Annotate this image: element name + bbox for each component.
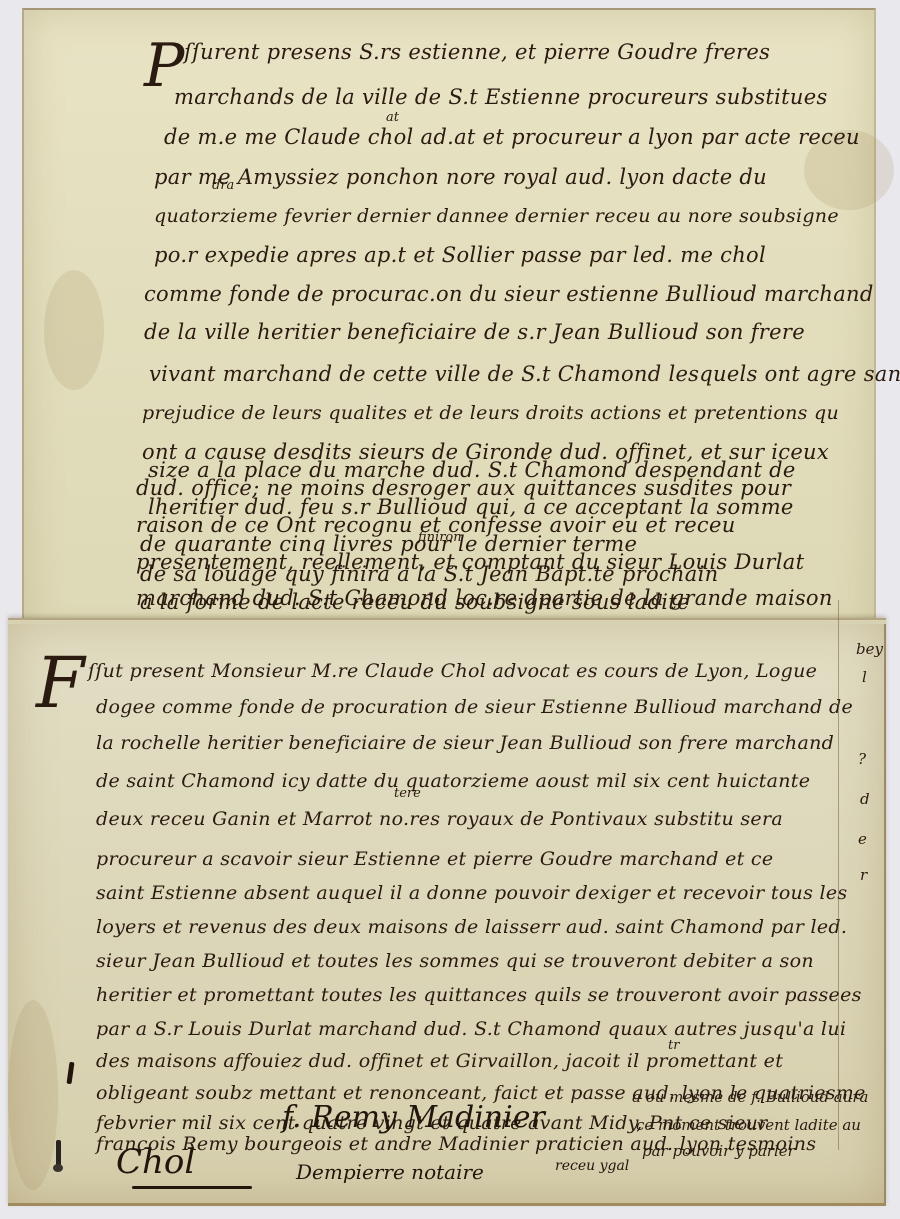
signature-remy-madinier: f. Remy Madinier [282,1100,545,1135]
manuscript-line: po.r expedie apres ap.t et Sollier passe… [154,243,766,267]
manuscript-line: de sa louage quy finira a la S.t Jean Ba… [140,562,718,586]
signature-underline [132,1186,252,1189]
interlinear-insertion: finiron [418,530,462,545]
signature-chol: Chol [116,1142,195,1182]
margin-note-line: a ou mesme de f. Bullioud aura [632,1088,869,1106]
right-margin-fragment: ? [858,750,866,768]
interlinear-superscript: tr [668,1038,679,1053]
paper-stain [44,270,104,390]
manuscript-line: lheritier dud. feu s.r Bullioud qui, a c… [148,495,794,519]
margin-note-line: par pouvoir y parler [642,1142,795,1160]
manuscript-line: par me Amyssiez ponchon nore royal aud. … [154,165,767,189]
manuscript-line: ſſurent presens S.rs estienne, et pierre… [184,40,770,64]
pin-head-icon [53,1164,63,1172]
manuscript-line: par a S.r Louis Durlat marchand dud. S.t… [96,1018,846,1040]
manuscript-line: procureur a scavoir sieur Estienne et pi… [96,848,773,870]
signature-notary: Dempierre notaire [296,1160,484,1184]
manuscript-line: size a la place du marche dud. S.t Chamo… [148,458,796,482]
right-margin-fragment: e [858,830,867,848]
manuscript-line: de m.e me Claude chol ad.at et procureur… [164,125,860,149]
right-margin-fragment: bey [856,640,883,658]
manuscript-line: a la forme de lacte receu du soubsigne s… [140,590,690,614]
paper-stain [8,1000,58,1190]
manuscript-line: comme fonde de procurac.on du sieur esti… [144,282,874,306]
manuscript-line: loyers et revenus des deux maisons de la… [96,916,847,938]
manuscript-line: deux receu Ganin et Marrot no.res royaux… [96,808,783,830]
manuscript-line: des maisons affouiez dud. offinet et Gir… [96,1050,783,1072]
manuscript-line: vivant marchand de cette ville de S.t Ch… [149,362,900,386]
manuscript-line: ſſut present Monsieur M.re Claude Chol a… [88,660,817,682]
sheet-overlap-edge [8,618,886,624]
interlinear-superscript: at [386,110,399,125]
right-margin-fragment: r [860,866,867,884]
interlinear-insertion: dra [212,178,234,193]
interlinear-superscript: tere [394,786,421,801]
signature-paraph: receu ygal [555,1158,629,1174]
manuscript-line: quatorzieme fevrier dernier dannee derni… [154,205,839,227]
right-margin-fragment: d [860,790,870,808]
decorative-initial-f: F [36,648,85,718]
margin-note-line: ce moment trouvent ladite au [636,1116,861,1134]
manuscript-line: de saint Chamond icy datte du quatorziem… [96,770,810,792]
manuscript-line: sieur Jean Bullioud et toutes les sommes… [96,950,814,972]
fold-line [838,600,839,1150]
manuscript-line: saint Estienne absent auquel il a donne … [96,882,847,904]
right-margin-fragment: l [862,668,867,686]
manuscript-line: dogee comme fonde de procuration de sieu… [96,696,853,718]
manuscript-line: de la ville heritier beneficiaire de s.r… [144,320,805,344]
manuscript-line: de quarante cinq livres pour le dernier … [140,532,637,556]
manuscript-line: prejudice de leurs qualites et de leurs … [142,402,839,424]
manuscript-line: la rochelle heritier beneficiaire de sie… [96,732,834,754]
manuscript-line: heritier et promettant toutes les quitta… [96,984,862,1006]
manuscript-line: marchands de la ville de S.t Estienne pr… [174,85,828,109]
